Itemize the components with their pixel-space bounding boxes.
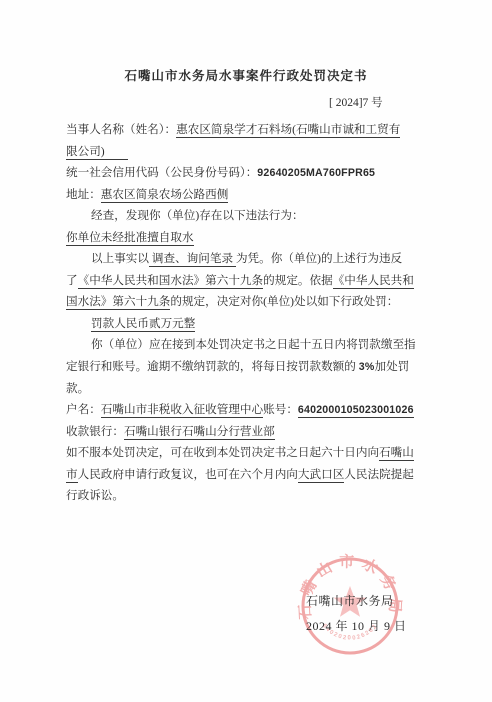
filled-in-field: 罚款人民币贰万元整: [91, 317, 195, 332]
document-line: 行政诉讼。: [66, 485, 432, 507]
line-text: 如不服本处罚决定，可在收到本处罚决定书之日起六十日内向: [66, 446, 379, 459]
document-line: 当事人名称（姓名）：惠农区简泉学才石料场(石嘴山市诚和工贸有: [66, 119, 432, 141]
line-text: 行政诉讼。: [66, 489, 124, 502]
line-text: 人民法院提起: [344, 468, 414, 481]
filled-in-field: 石嘴山: [379, 446, 414, 461]
line-text: 人民政府申请行政复议，也可在六个月内向: [78, 468, 298, 481]
document-line: 限公司): [66, 141, 432, 163]
line-text: 了: [66, 274, 78, 287]
filled-in-field: 市: [66, 468, 78, 483]
line-text: 当事人名称（姓名）：: [66, 123, 176, 136]
line-text: 地址：: [66, 188, 101, 201]
filled-in-field: 《中华人民共和国水法》第六十九条: [78, 274, 264, 289]
document-title: 石嘴山市水务局水事案件行政处罚决定书: [0, 66, 492, 84]
signature-block: 石嘴山市水务局 2024 年 10 月 9 日: [306, 592, 407, 634]
document-line: 统一社会信用代码（公民身份号码）：92640205MA760FPR65: [66, 162, 432, 184]
line-text: 定银行和账号。逾期不缴纳罚款的，将每日按罚款数额的: [66, 360, 359, 373]
line-text: 3%: [359, 361, 375, 373]
filled-in-field: 你单位未经批准擅自取水: [66, 231, 194, 246]
line-text: 账号：: [263, 403, 298, 416]
filled-in-field: 《中华人民共和: [333, 274, 414, 289]
filled-in-field: 石嘴山银行石嘴山分行营业部: [124, 425, 275, 440]
document-line: 了《中华人民共和国水法》第六十九条的规定。依据《中华人民共和: [66, 270, 432, 292]
filled-in-field: 大武口区: [298, 468, 344, 483]
document-line: 你（单位）应在接到本处罚决定书之日起十五日内将罚款缴至指: [66, 334, 432, 356]
line-text: 款。: [66, 382, 89, 395]
filled-in-field: 6402000105023001026: [298, 404, 414, 418]
line-text: 户名：: [66, 403, 101, 416]
signature-date: 2024 年 10 月 9 日: [306, 617, 407, 634]
document-body: 当事人名称（姓名）：惠农区简泉学才石料场(石嘴山市诚和工贸有限公司) 统一社会信…: [66, 119, 432, 507]
document-line: 你单位未经批准擅自取水: [66, 227, 432, 249]
document-line: 国水法》第六十九条的规定，决定对你(单位)处以如下行政处罚：: [66, 291, 432, 313]
line-text: 你（单位）应在接到本处罚决定书之日起十五日内将罚款缴至指: [91, 338, 416, 351]
line-text: 为凭。你（单位)的上述行为违反: [236, 252, 402, 265]
scanned-document-page: 石嘴山市水务局水事案件行政处罚决定书 [ 2024]7 号 当事人名称（姓名）：…: [0, 0, 492, 702]
filled-in-field: 石嘴山市非税收入征收管理中心: [101, 403, 263, 418]
filled-in-field: 国水法》第六十九条: [66, 295, 170, 310]
filled-in-field: 惠农区简泉农场公路西侧: [101, 188, 229, 203]
document-line: 定银行和账号。逾期不缴纳罚款的，将每日按罚款数额的 3%加处罚: [66, 356, 432, 378]
document-line: 收款银行：石嘴山银行石嘴山分行营业部: [66, 421, 432, 443]
filled-in-field: 惠农区简泉学才石料场(石嘴山市诚和工贸有: [176, 123, 400, 138]
line-text: 加处罚: [374, 360, 409, 373]
document-line: 款。: [66, 378, 432, 400]
line-text: 收款银行：: [66, 425, 124, 438]
filled-in-field: 调查、询问笔录: [149, 252, 236, 267]
line-text: 92640205MA760FPR65: [257, 167, 375, 179]
document-line: 罚款人民币贰万元整: [66, 313, 432, 335]
line-text: 的规定。依据: [263, 274, 333, 287]
filled-in-field: 限公司): [66, 145, 105, 160]
document-line: 如不服本处罚决定，可在收到本处罚决定书之日起六十日内向石嘴山: [66, 442, 432, 464]
filled-in-field: [105, 145, 128, 160]
document-line: 以上事实以 调查、询问笔录 为凭。你（单位)的上述行为违反: [66, 248, 432, 270]
line-text: 以上事实以: [91, 252, 149, 265]
line-text: 经查，发现你（单位)存在以下违法行为：: [91, 209, 304, 222]
document-number: [ 2024]7 号: [329, 94, 383, 110]
document-line: 市人民政府申请行政复议，也可在六个月内向大武口区人民法院提起: [66, 464, 432, 486]
line-text: 统一社会信用代码（公民身份号码）：: [66, 166, 257, 179]
document-line: 户名：石嘴山市非税收入征收管理中心账号：6402000105023001026: [66, 399, 432, 421]
line-text: 的规定，决定对你(单位)处以如下行政处罚：: [170, 295, 398, 308]
signature-agency: 石嘴山市水务局: [306, 592, 407, 609]
document-line: 地址：惠农区简泉农场公路西侧: [66, 184, 432, 206]
document-line: 经查，发现你（单位)存在以下违法行为：: [66, 205, 432, 227]
